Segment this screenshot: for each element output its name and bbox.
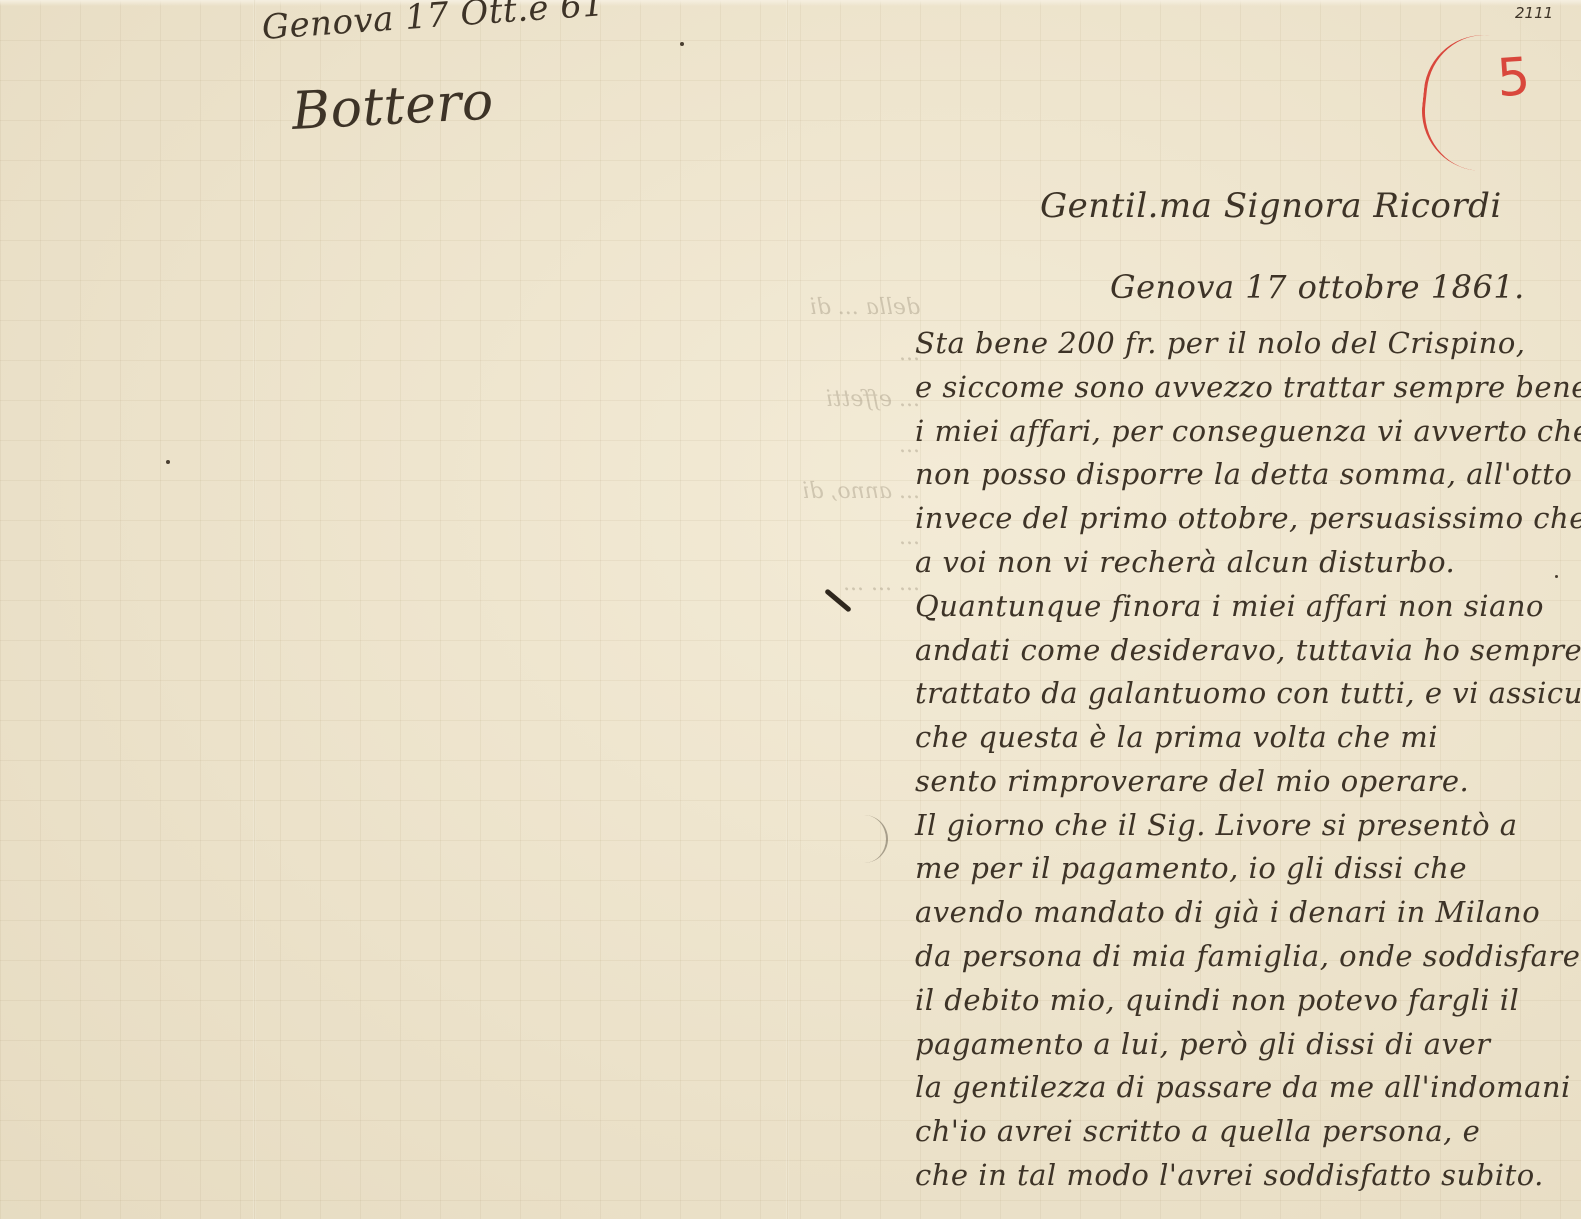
bleed-line: ... ... ... [800, 561, 920, 605]
paper-fold-left [253, 0, 256, 1219]
bleed-line: ... effetti ... [800, 377, 920, 469]
letter-line: avendo mandato di già i denari in Milano [915, 895, 1540, 929]
paper-speck [166, 460, 170, 464]
letter-line: andati come desideravo, tuttavia ho semp… [915, 633, 1581, 667]
docket-place-date: Genova 17 Ott.e 61 [261, 0, 606, 48]
letter-line: sento rimproverare del mio operare. [915, 764, 1469, 798]
letter-line: i miei affari, per conseguenza vi avvert… [915, 414, 1581, 448]
letter-line: la gentilezza di passare da me all'indom… [915, 1070, 1571, 1104]
letter-line: ch'io avrei scritto a quella persona, e [915, 1114, 1480, 1148]
archive-number: 2111 [1515, 4, 1553, 22]
paper-speck [680, 42, 684, 46]
letter-line: invece del primo ottobre, persuasissimo … [915, 501, 1581, 535]
bleed-line: della ... di ... [800, 285, 920, 377]
bleed-through-text: della ... di ... ... effetti ... ... ann… [800, 285, 920, 605]
letter-line: il debito mio, quindi non potevo fargli … [915, 983, 1519, 1017]
letter-salutation: Gentil.ma Signora Ricordi [1040, 186, 1502, 226]
letter-line: Sta bene 200 fr. per il nolo del Crispin… [915, 326, 1526, 360]
letter-line: Il giorno che il Sig. Livore si presentò… [915, 808, 1518, 842]
margin-hook-mark [860, 815, 888, 863]
letter-line: a voi non vi recherà alcun disturbo. [915, 545, 1455, 579]
letter-line: pagamento a lui, però gli dissi di aver [915, 1027, 1491, 1061]
paper-speck [1555, 575, 1558, 578]
letter-dateline: Genova 17 ottobre 1861. [1110, 268, 1525, 306]
letter-line: Quantunque finora i miei affari non sian… [915, 589, 1544, 623]
red-folio-numeral: 5 [1495, 47, 1532, 109]
letter-line: non posso disporre la detta somma, all'o… [915, 457, 1572, 491]
red-bracket-mark [1416, 29, 1493, 171]
letter-line: che in tal modo l'avrei soddisfatto subi… [915, 1158, 1544, 1192]
paper-top-edge [0, 0, 1581, 6]
letter-line: che questa è la prima volta che mi [915, 720, 1438, 754]
bleed-line: ... anno, di ... [800, 469, 920, 561]
docket-sender: Bottero [290, 71, 495, 141]
paper-fold-center [786, 0, 789, 1219]
letter-line: e siccome sono avvezzo trattar sempre be… [915, 370, 1581, 404]
letter-line: da persona di mia famiglia, onde soddisf… [915, 939, 1580, 973]
letter-line: trattato da galantuomo con tutti, e vi a… [915, 676, 1581, 710]
letter-line: me per il pagamento, io gli dissi che [915, 851, 1467, 885]
letter-page: Genova 17 Ott.e 61 Bottero 2111 5 della … [0, 0, 1581, 1219]
